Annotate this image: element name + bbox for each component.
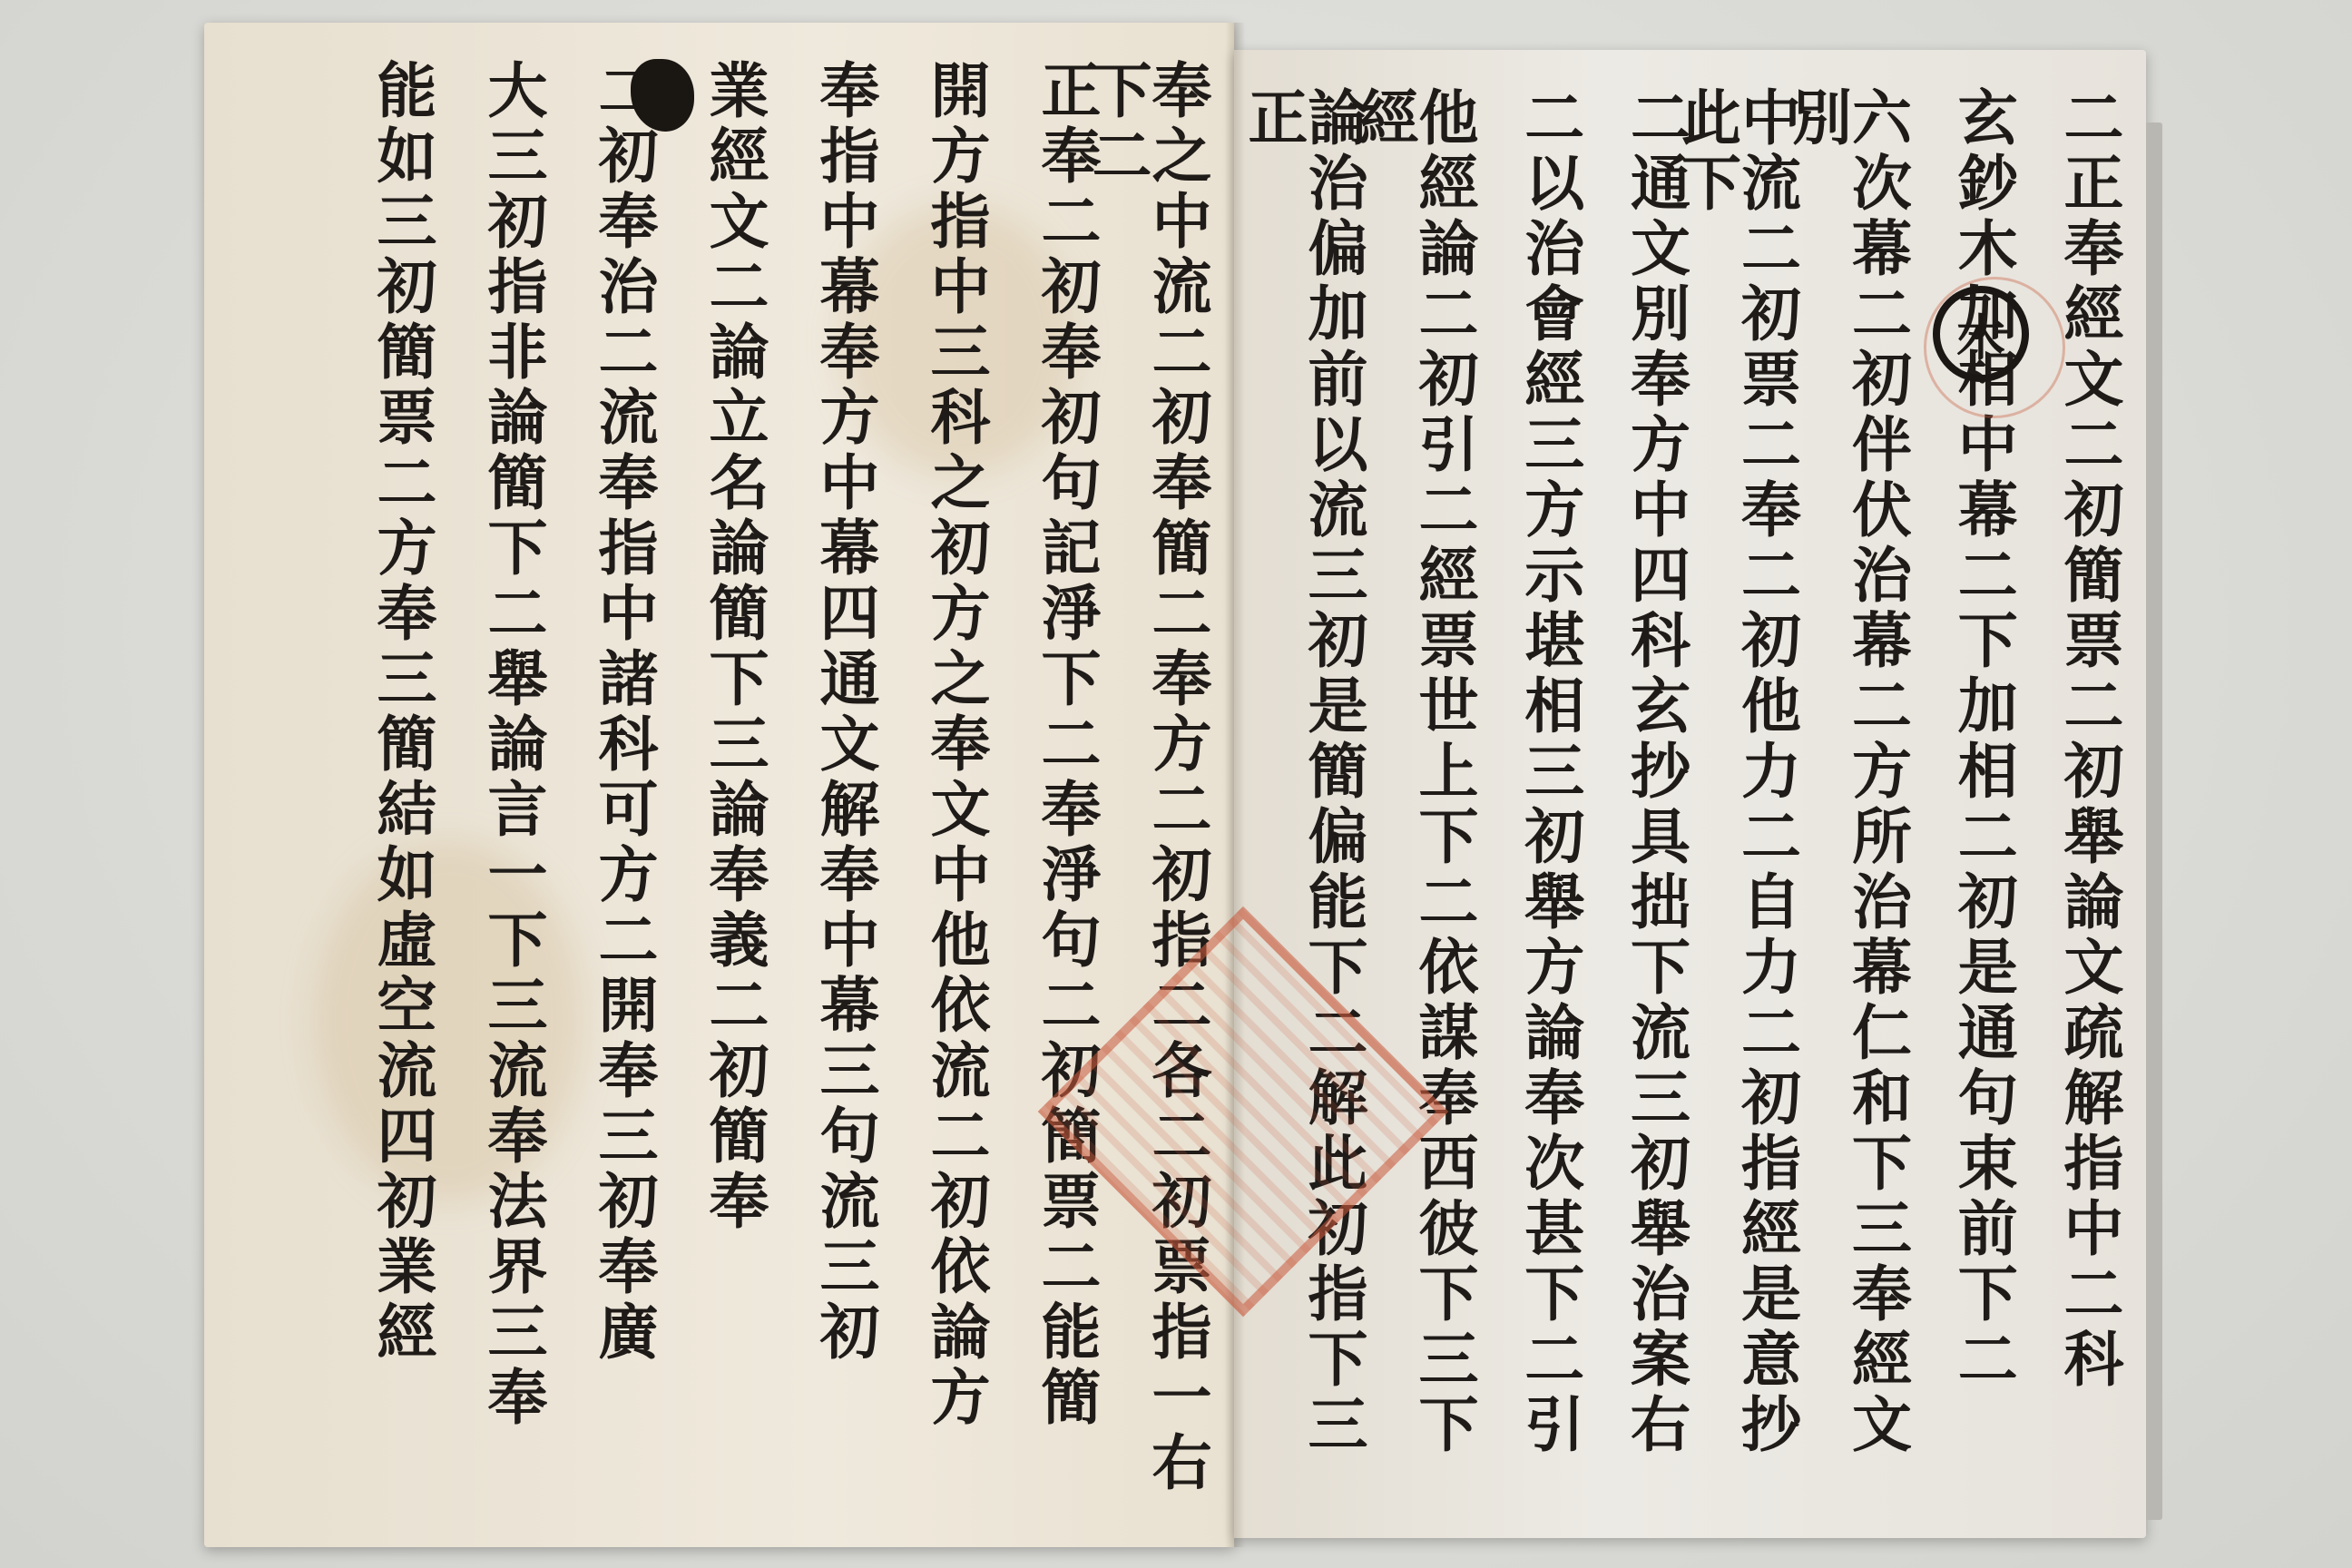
text-column: 他經論二初引二經票世上下二依謀奉西彼下三下經 bbox=[1363, 77, 1474, 1511]
round-ink-seal: 木 bbox=[1933, 286, 2029, 382]
text-column: 正奉二初奉初句記淨下二奉淨句二初簡票二能簡 bbox=[985, 50, 1096, 1520]
text-column: 六次幕二初伴伏治幕二方所治幕仁和下三奉經文別 bbox=[1797, 77, 1907, 1511]
text-column: 二以治會經三方示堪相三初舉方論奉次甚下二引 bbox=[1474, 77, 1580, 1511]
text-column: 二初奉治二流奉指中諸科可方二開奉三初奉廣 bbox=[543, 50, 653, 1520]
text-column: 開方指中三科之初方之奉文中他依流二初依論方 bbox=[875, 50, 985, 1520]
text-column: 奉之中流二初奉簡二奉方二初指二各二初票指一右下二 bbox=[1096, 50, 1207, 1520]
text-column: 中流二初票二奉二初他力二自力二初指經是意抄此下 bbox=[1686, 77, 1797, 1511]
right-page: 二正奉經文二初簡票二初舉論文疏解指中二科 玄鈔木加相中幕二下加相二初是通句束前下… bbox=[1234, 50, 2146, 1538]
text-column: 奉指中幕奉方中幕四通文解奉中幕三句流三初 bbox=[764, 50, 875, 1520]
left-page: 奉之中流二初奉簡二奉方二初指二各二初票指一右下二 正奉二初奉初句記淨下二奉淨句二… bbox=[204, 23, 1234, 1547]
page-edge bbox=[2146, 122, 2162, 1520]
text-column: 二通文別奉方中四科玄抄具拙下流三初舉治案右 bbox=[1580, 77, 1686, 1511]
text-column: 論治偏加前以流三初是簡偏能下二解此初指下三正 bbox=[1252, 77, 1363, 1511]
text-column: 業經文二論立名論簡下三論奉義二初簡奉 bbox=[653, 50, 764, 1520]
text-column: 能如三初簡票二方奉三簡結如虛空流四初業經 bbox=[321, 50, 432, 1520]
open-book: 奉之中流二初奉簡二奉方二初指二各二初票指一右下二 正奉二初奉初句記淨下二奉淨句二… bbox=[204, 23, 2146, 1547]
left-page-text: 奉之中流二初奉簡二奉方二初指二各二初票指一右下二 正奉二初奉初句記淨下二奉淨句二… bbox=[231, 50, 1207, 1520]
book-fold bbox=[1225, 23, 1245, 1547]
text-column: 大三初指非論簡下二舉論言一下三流奉法界三奉 bbox=[432, 50, 543, 1520]
